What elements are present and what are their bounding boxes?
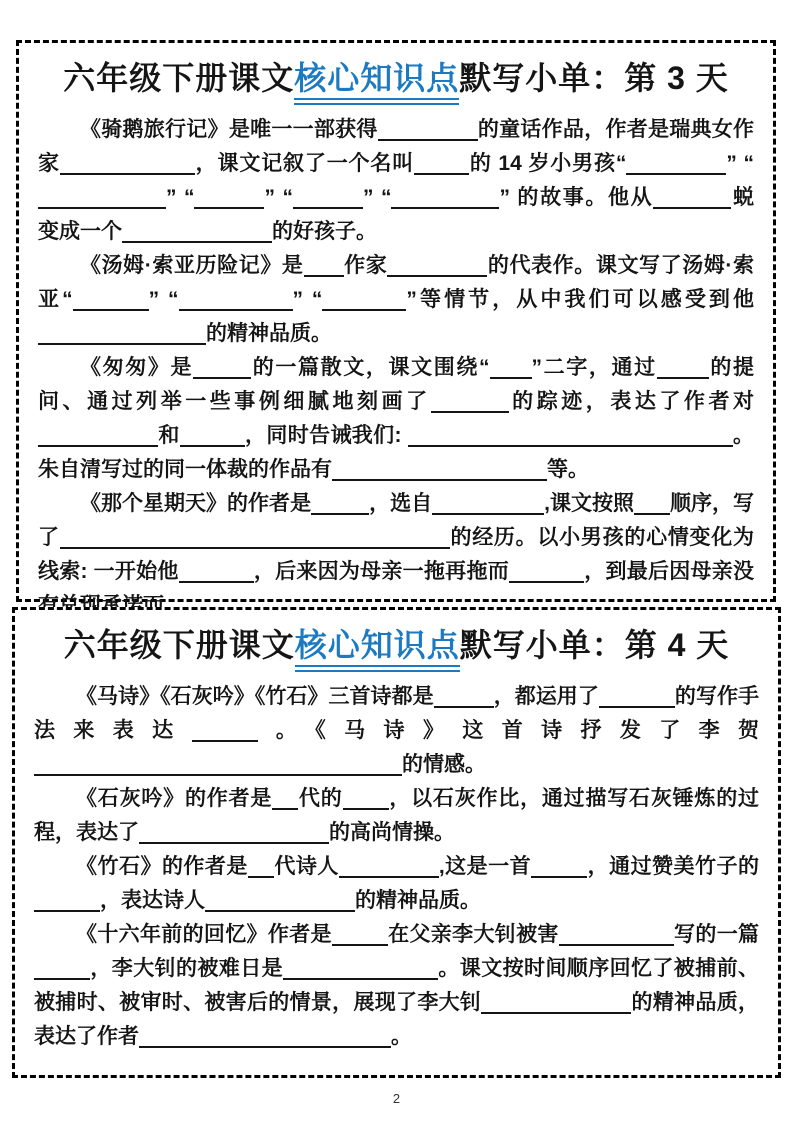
- text-run: 的情感。: [402, 753, 486, 776]
- paragraph: 《骑鹅旅行记》是唯一一部获得的童话作品，作者是瑞典女作家，课文记叙了一个名叫的 …: [38, 113, 754, 249]
- fill-in-blank: [60, 525, 450, 549]
- worksheet-section-day3: 六年级下册课文核心知识点默写小单：第 3 天 《骑鹅旅行记》是唯一一部获得的童话…: [16, 40, 776, 602]
- worksheet-page: { "colors": { "accent": "#1b7ac1", "text…: [0, 0, 793, 1122]
- fill-in-blank: [272, 786, 298, 810]
- text-run: 《匆匆》是: [80, 356, 193, 379]
- section-body-day3: 《骑鹅旅行记》是唯一一部获得的童话作品，作者是瑞典女作家，课文记叙了一个名叫的 …: [38, 113, 754, 623]
- text-run: ，后来因为母亲一拖再拖而: [254, 560, 509, 583]
- title-prefix: 六年级下册课文: [64, 627, 295, 663]
- fill-in-blank: [387, 253, 487, 277]
- fill-in-blank: [490, 355, 532, 379]
- text-run: ” “: [264, 186, 292, 209]
- fill-in-blank: [304, 253, 344, 277]
- paragraph: 《匆匆》是的一篇散文，课文围绕“”二字，通过的提问、通过列举一些事例细腻地刻画了…: [38, 351, 754, 487]
- fill-in-blank: [60, 151, 195, 175]
- fill-in-blank: [38, 423, 158, 447]
- text-run: ，李大钊的被难日是: [90, 957, 283, 980]
- fill-in-blank: [408, 423, 733, 447]
- fill-in-blank: [322, 287, 406, 311]
- text-run: ，同时告诫我们:: [245, 424, 408, 447]
- title-highlight: 核心知识点: [295, 627, 460, 672]
- text-run: 。: [391, 1025, 412, 1048]
- text-run: ，表达诗人: [100, 889, 205, 912]
- title-prefix: 六年级下册课文: [63, 60, 294, 96]
- fill-in-blank: [332, 922, 388, 946]
- text-run: 的 14 岁小男孩“: [469, 152, 626, 175]
- fill-in-blank: [432, 491, 544, 515]
- paragraph: 《十六年前的回忆》作者是在父亲李大钊被害写的一篇，李大钊的被难日是。课文按时间顺…: [34, 918, 759, 1054]
- fill-in-blank: [293, 185, 363, 209]
- text-run: 《马诗》《石灰吟》《竹石》三首诗都是: [76, 685, 434, 708]
- fill-in-blank: [122, 219, 272, 243]
- text-run: 的高尚情操。: [329, 821, 455, 844]
- title-suffix: 默写小单：第 3 天: [459, 60, 729, 96]
- fill-in-blank: [343, 786, 389, 810]
- text-run: 《汤姆·索亚历险记》是: [80, 254, 304, 277]
- text-run: ，选自: [369, 492, 432, 515]
- text-run: 的一篇散文，课文围绕“: [251, 356, 489, 379]
- text-run: 代诗人: [274, 855, 339, 878]
- fill-in-blank: [481, 990, 631, 1014]
- text-run: 的好孩子。: [272, 220, 377, 243]
- fill-in-blank: [339, 854, 439, 878]
- text-run: 作家: [344, 254, 388, 277]
- text-run: 《骑鹅旅行记》是唯一一部获得: [80, 118, 378, 141]
- section-body-day4: 《马诗》《石灰吟》《竹石》三首诗都是，都运用了的写作手法来表达。《马诗》这首诗抒…: [34, 680, 759, 1054]
- fill-in-blank: [414, 151, 469, 175]
- fill-in-blank: [378, 117, 478, 141]
- fill-in-blank: [34, 956, 90, 980]
- text-run: ” 的故事。他从: [499, 186, 653, 209]
- text-run: ” “: [363, 186, 391, 209]
- fill-in-blank: [34, 752, 402, 776]
- text-run: ” “: [293, 288, 323, 311]
- text-run: 等。: [547, 458, 589, 481]
- fill-in-blank: [38, 185, 166, 209]
- fill-in-blank: [179, 287, 293, 311]
- text-run: ，课文记叙了一个名叫: [195, 152, 414, 175]
- text-run: ，都运用了: [494, 685, 599, 708]
- text-run: ,这是一首: [439, 855, 531, 878]
- text-run: ，通过赞美竹子的: [587, 855, 759, 878]
- text-run: ” “: [726, 152, 754, 175]
- fill-in-blank: [180, 423, 245, 447]
- text-run: 的踪迹，表达了作者对: [509, 390, 754, 413]
- fill-in-blank: [205, 888, 355, 912]
- text-run: 代的: [298, 787, 342, 810]
- fill-in-blank: [626, 151, 726, 175]
- text-run: 写的一篇: [674, 923, 759, 946]
- fill-in-blank: [139, 820, 329, 844]
- fill-in-blank: [192, 718, 258, 742]
- paragraph: 《马诗》《石灰吟》《竹石》三首诗都是，都运用了的写作手法来表达。《马诗》这首诗抒…: [34, 680, 759, 782]
- paragraph: 《汤姆·索亚历险记》是作家的代表作。课文写了汤姆·索亚“” “” “”等情节，从…: [38, 249, 754, 351]
- fill-in-blank: [634, 491, 670, 515]
- fill-in-blank: [194, 185, 264, 209]
- fill-in-blank: [531, 854, 587, 878]
- fill-in-blank: [311, 491, 369, 515]
- fill-in-blank: [193, 355, 251, 379]
- fill-in-blank: [509, 559, 584, 583]
- text-run: 《那个星期天》的作者是: [80, 492, 311, 515]
- fill-in-blank: [431, 389, 509, 413]
- title-highlight: 核心知识点: [294, 60, 459, 105]
- paragraph: 《竹石》的作者是代诗人,这是一首，通过赞美竹子的，表达诗人的精神品质。: [34, 850, 759, 918]
- fill-in-blank: [391, 185, 499, 209]
- text-run: ”等情节，从中我们可以感受到他: [406, 288, 754, 311]
- paragraph: 《石灰吟》的作者是代的，以石灰作比，通过描写石灰锤炼的过程，表达了的高尚情操。: [34, 782, 759, 850]
- fill-in-blank: [179, 559, 254, 583]
- text-run: ” “: [166, 186, 194, 209]
- text-run: 的精神品质。: [355, 889, 481, 912]
- text-run: 。《马诗》这首诗抒发了李贺: [258, 719, 759, 742]
- text-run: 在父亲李大钊被害: [388, 923, 559, 946]
- text-run: 《竹石》的作者是: [76, 855, 248, 878]
- fill-in-blank: [38, 321, 206, 345]
- fill-in-blank: [599, 684, 675, 708]
- page-number: 2: [0, 1091, 793, 1106]
- text-run: ,课文按照: [544, 492, 634, 515]
- text-run: 的精神品质。: [206, 322, 332, 345]
- fill-in-blank: [559, 922, 674, 946]
- title-suffix: 默写小单：第 4 天: [460, 627, 730, 663]
- fill-in-blank: [657, 355, 709, 379]
- text-run: 和: [158, 424, 180, 447]
- text-run: ” “: [149, 288, 179, 311]
- fill-in-blank: [332, 457, 547, 481]
- fill-in-blank: [34, 888, 100, 912]
- fill-in-blank: [283, 956, 438, 980]
- section-title-day4: 六年级下册课文核心知识点默写小单：第 4 天: [34, 620, 759, 672]
- fill-in-blank: [248, 854, 274, 878]
- paragraph: 《那个星期天》的作者是，选自,课文按照顺序，写了的经历。以小男孩的心情变化为线索…: [38, 487, 754, 623]
- worksheet-section-day4: 六年级下册课文核心知识点默写小单：第 4 天 《马诗》《石灰吟》《竹石》三首诗都…: [12, 607, 781, 1078]
- text-run: 《石灰吟》的作者是: [76, 787, 272, 810]
- fill-in-blank: [73, 287, 149, 311]
- fill-in-blank: [139, 1024, 391, 1048]
- section-title-day3: 六年级下册课文核心知识点默写小单：第 3 天: [38, 53, 754, 105]
- text-run: ”二字，通过: [532, 356, 657, 379]
- fill-in-blank: [653, 185, 731, 209]
- text-run: 《十六年前的回忆》作者是: [76, 923, 332, 946]
- fill-in-blank: [434, 684, 494, 708]
